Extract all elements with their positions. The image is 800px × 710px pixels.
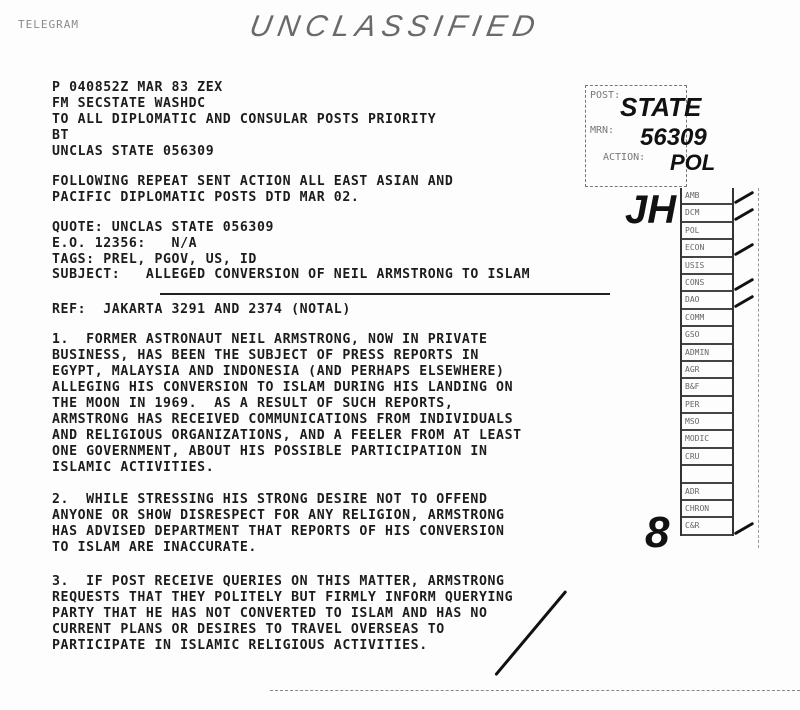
telegram-page: TELEGRAM UNCLASSIFIED P 040852Z MAR 83 Z… <box>0 0 800 710</box>
dtg-line: P 040852Z MAR 83 ZEX <box>52 80 223 95</box>
routing-row: AGR <box>682 362 732 379</box>
action-value-handwritten: POL <box>670 150 715 176</box>
routing-row: USIS <box>682 258 732 275</box>
quote-line: QUOTE: UNCLAS STATE 056309 <box>52 220 274 235</box>
para2-line: 2. WHILE STRESSING HIS STRONG DESIRE NOT… <box>52 492 488 507</box>
para1-line: EGYPT, MALAYSIA AND INDONESIA (AND PERHA… <box>52 364 505 379</box>
routing-check-column <box>730 188 759 548</box>
handwritten-initials: JH <box>625 188 676 233</box>
para1-line: ONE GOVERNMENT, ABOUT HIS POSSIBLE PARTI… <box>52 444 488 459</box>
mrn-value-handwritten: 56309 <box>640 124 707 152</box>
para2-line: ANYONE OR SHOW DISRESPECT FOR ANY RELIGI… <box>52 508 505 523</box>
routing-row: ADR <box>682 484 732 501</box>
routing-row: CONS <box>682 275 732 292</box>
handwritten-number: 8 <box>645 508 669 558</box>
para1-line: THE MOON IN 1969. AS A RESULT OF SUCH RE… <box>52 396 453 411</box>
from-line: FM SECSTATE WASHDC <box>52 96 206 111</box>
para1-line: BUSINESS, HAS BEEN THE SUBJECT OF PRESS … <box>52 348 479 363</box>
subject-underline <box>160 293 610 295</box>
para3-line: REQUESTS THAT THEY POLITELY BUT FIRMLY I… <box>52 590 513 605</box>
action-label: ACTION: <box>603 152 645 163</box>
para1-line: ARMSTRONG HAS RECEIVED COMMUNICATIONS FR… <box>52 412 513 427</box>
eo-line: E.O. 12356: N/A <box>52 236 197 251</box>
routing-row: POL <box>682 223 732 240</box>
para1-line: AND RELIGIOUS ORGANIZATIONS, AND A FEELE… <box>52 428 522 443</box>
routing-row: PER <box>682 397 732 414</box>
intro-line-2: PACIFIC DIPLOMATIC POSTS DTD MAR 02. <box>52 190 359 205</box>
subject-line: SUBJECT: ALLEGED CONVERSION OF NEIL ARMS… <box>52 267 530 282</box>
routing-row: GSO <box>682 327 732 344</box>
para3-line: CURRENT PLANS OR DESIRES TO TRAVEL OVERS… <box>52 622 445 637</box>
para2-line: TO ISLAM ARE INACCURATE. <box>52 540 257 555</box>
post-value-handwritten: STATE <box>620 92 701 123</box>
para1-line: 1. FORMER ASTRONAUT NEIL ARMSTRONG, NOW … <box>52 332 488 347</box>
to-line: TO ALL DIPLOMATIC AND CONSULAR POSTS PRI… <box>52 112 436 127</box>
routing-row: C&R <box>682 518 732 535</box>
mrn-label: MRN: <box>590 125 614 136</box>
routing-row: MSO <box>682 414 732 431</box>
routing-row: ADMIN <box>682 345 732 362</box>
classification-stamp: UNCLASSIFIED <box>247 10 543 44</box>
para1-line: ALLEGING HIS CONVERSION TO ISLAM DURING … <box>52 380 513 395</box>
para3-line: PARTY THAT HE HAS NOT CONVERTED TO ISLAM… <box>52 606 488 621</box>
tags-line: TAGS: PREL, PGOV, US, ID <box>52 252 257 267</box>
routing-row: MODIC <box>682 431 732 448</box>
ref-line: REF: JAKARTA 3291 AND 2374 (NOTAL) <box>52 302 351 317</box>
routing-row: AMB <box>682 188 732 205</box>
para3-line: 3. IF POST RECEIVE QUERIES ON THIS MATTE… <box>52 574 505 589</box>
para3-line: PARTICIPATE IN ISLAMIC RELIGIOUS ACTIVIT… <box>52 638 428 653</box>
routing-row: CHRON <box>682 501 732 518</box>
routing-row <box>682 466 732 483</box>
faded-header: TELEGRAM <box>18 18 79 31</box>
post-label: POST: <box>590 90 620 101</box>
bt-line: BT <box>52 128 69 143</box>
routing-row: B&F <box>682 379 732 396</box>
routing-row: DAO <box>682 292 732 309</box>
para1-line: ISLAMIC ACTIVITIES. <box>52 460 214 475</box>
para2-line: HAS ADVISED DEPARTMENT THAT REPORTS OF H… <box>52 524 505 539</box>
unclas-line: UNCLAS STATE 056309 <box>52 144 214 159</box>
intro-line-1: FOLLOWING REPEAT SENT ACTION ALL EAST AS… <box>52 174 453 189</box>
routing-row: COMM <box>682 310 732 327</box>
bottom-dashed-rule <box>270 690 800 692</box>
routing-row: DCM <box>682 205 732 222</box>
routing-row: CRU <box>682 449 732 466</box>
routing-slip: AMBDCMPOLECONUSISCONSDAOCOMMGSOADMINAGRB… <box>680 188 734 536</box>
routing-row: ECON <box>682 240 732 257</box>
